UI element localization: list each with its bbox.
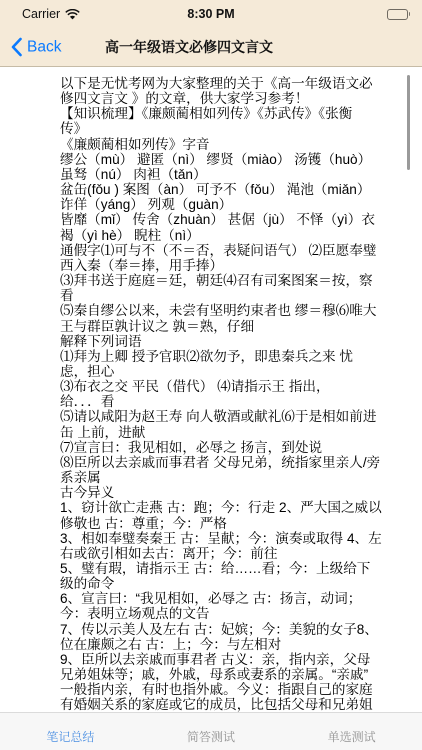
text-line: ⑻臣所以去亲戚而事君者 父母兄弟，统指家里亲人/旁 (60, 455, 372, 470)
text-line: 系亲属 (60, 470, 372, 485)
scrollbar[interactable] (407, 75, 410, 170)
battery-icon (387, 9, 411, 20)
back-button-label: Back (27, 38, 61, 56)
tab-单选测试[interactable]: 单选测试 (281, 713, 422, 750)
wifi-icon (65, 9, 80, 20)
text-line: 3、相如奉璧奏秦王 古：呈献；今：演奏或取得 4、左 (60, 531, 372, 546)
text-line: 【知识梳理】《廉颇蔺相如列传》《苏武传》《张衡 (60, 106, 372, 121)
text-line: 诈佯（yáng） 列观（guàn） (60, 197, 372, 212)
text-line: 看 (60, 288, 372, 303)
back-button[interactable]: Back (11, 38, 61, 57)
text-line: 传》 (60, 121, 372, 136)
text-line: 右或欲引相如去古：离开；今：前往 (60, 546, 372, 561)
text-line: 兄弟姐妹等；戚，外戚，母系或妻系的亲属。“亲戚” (60, 667, 372, 682)
carrier-label: Carrier (22, 7, 60, 21)
text-line: 虑，担心 (60, 364, 372, 379)
text-line: 有婚姻关系的家庭或它的成员，比包括父母和兄弟姐 (60, 697, 372, 712)
text-line: 7、传以示美人及左右 古：妃嫔；今：美貌的女子8、 (60, 622, 372, 637)
text-line: 缶 上前，进献 (60, 425, 372, 440)
text-line: 位在廉颇之右 古：上；今：与左相对 (60, 637, 372, 652)
text-line: 级的命令 (60, 576, 372, 591)
text-line: 王与群臣孰计议之 孰＝熟，仔细 (60, 319, 372, 334)
tab-简答测试[interactable]: 简答测试 (141, 713, 282, 750)
text-line: 解释下列词语 (60, 334, 372, 349)
article-content[interactable]: 以下是无忧考网为大家整理的关于《高一年级语文必修四文言文 》的文章，供大家学习参… (0, 67, 422, 712)
text-line: 缪公（mù） 避匿（nì） 缪贤（miào） 汤镬（huò） (60, 152, 372, 167)
status-bar: Carrier 8:30 PM (0, 0, 422, 28)
text-line: ⑴拜为上卿 授予官职⑵欲勿予，即患秦兵之来 忧 (60, 349, 372, 364)
text-line: 1、窃计欲亡走燕 古：跑；今：行走 2、严大国之威以 (60, 500, 372, 515)
text-line: ⑸请以咸阳为赵王寿 向人敬酒或献礼⑹于是相如前进 (60, 409, 372, 424)
page-title: 高一年级语文必修四文言文 (105, 37, 273, 57)
tab-bar: 笔记总结简答测试单选测试 (0, 712, 422, 750)
text-line: 6、宣言曰：“我见相如，必辱之 古：扬言，动词； (60, 591, 372, 606)
text-line: 9、臣所以去亲戚而事君者 古义：亲，指内亲，父母 (60, 652, 372, 667)
back-chevron-icon (11, 38, 22, 57)
nav-bar: Back 高一年级语文必修四文言文 (0, 28, 422, 67)
text-line: 皆靡（mǐ） 传舍（zhuàn） 甚倨（jù） 不怿（yì）衣 (60, 212, 372, 227)
text-line: 西入秦（奉＝捧，用手捧） (60, 258, 372, 273)
text-line: 修四文言文 》的文章，供大家学习参考！ (60, 91, 372, 106)
text-line: 给．．．看 (60, 394, 372, 409)
status-time: 8:30 PM (187, 7, 234, 21)
text-line: 《廉颇蔺相如列传》字音 (60, 137, 372, 152)
text-line: 今：表明立场观点的文告 (60, 606, 372, 621)
text-line: 盆缶(fǒu ) 案图（àn） 可予不（fǒu） 渑池（miǎn） (60, 182, 372, 197)
app-screen: Carrier 8:30 PM Back 高一年级语文必修四文言文 以下是无忧考 (0, 0, 422, 750)
text-line: ⑸秦自缪公以来，未尝有坚明约束者也 缪＝穆⑹唯大 (60, 303, 372, 318)
text-lines: 以下是无忧考网为大家整理的关于《高一年级语文必修四文言文 》的文章，供大家学习参… (60, 76, 372, 712)
text-line: ⑶拜书送于庭庭＝廷，朝廷⑷召有司案图案＝按，察 (60, 273, 372, 288)
text-line: 褐（yì hè） 睨柱（nì） (60, 228, 372, 243)
tab-笔记总结[interactable]: 笔记总结 (0, 713, 141, 750)
text-line: 修敬也 古：尊重；今：严格 (60, 516, 372, 531)
text-line: ⑶布衣之交 平民（借代） ⑷请指示王 指出， (60, 379, 372, 394)
text-line: 一般指内亲，有时也指外戚。今义：指跟自己的家庭 (60, 682, 372, 697)
text-line: 虽驽（nú） 肉袒（tǎn） (60, 167, 372, 182)
text-line: 以下是无忧考网为大家整理的关于《高一年级语文必 (60, 76, 372, 91)
text-line: 通假字⑴可与不（不＝否，表疑问语气） ⑵臣愿奉璧 (60, 243, 372, 258)
text-line: 5、璧有瑕，请指示王 古：给……看；今：上级给下 (60, 561, 372, 576)
text-line: 古今异义 (60, 485, 372, 500)
text-line: ⑺宣言曰：我见相如，必辱之 扬言，到处说 (60, 440, 372, 455)
